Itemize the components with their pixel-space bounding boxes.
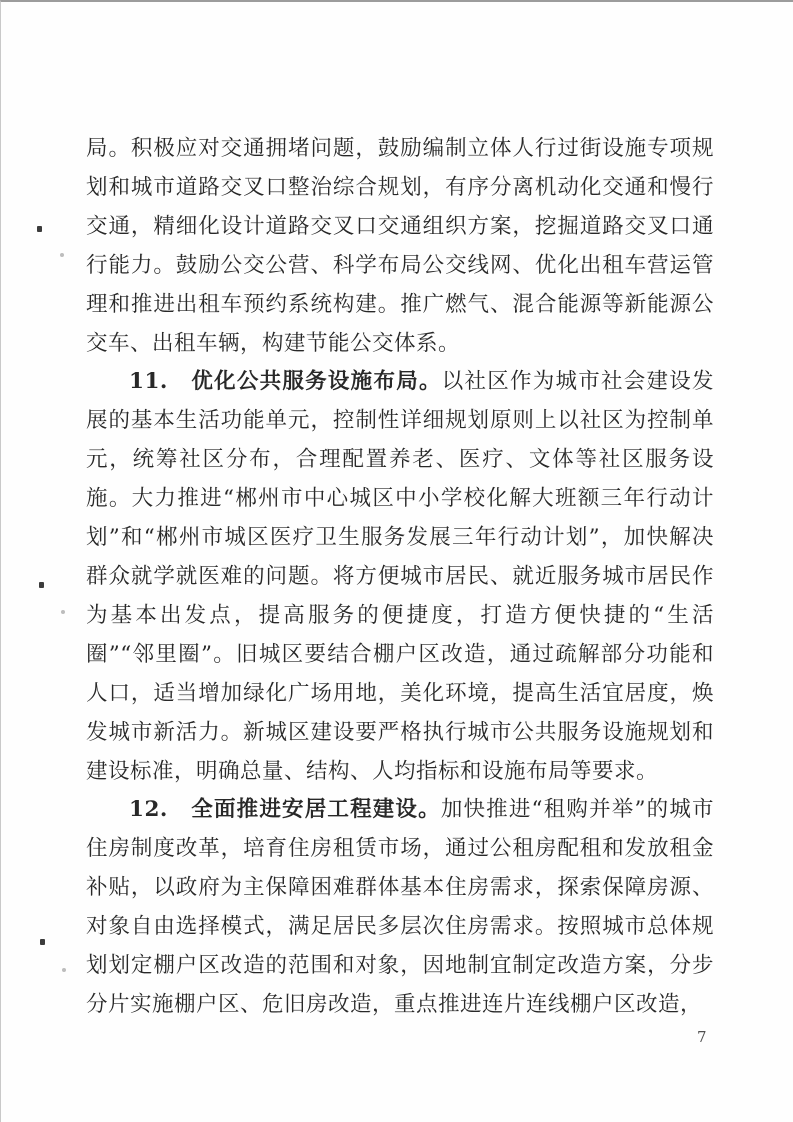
- paragraph-11: 11. 优化公共服务设施布局。以社区作为城市社会建设发展的基本生活功能单元，控制…: [86, 363, 714, 791]
- body-text: 局。积极应对交通拥堵问题，鼓励编制立体人行过街设施专项规划和城市道路交叉口整治综…: [86, 130, 714, 1025]
- paragraph-11-heading: 11. 优化公共服务设施布局。: [129, 369, 442, 394]
- paragraph-text: 加快推进“租购并举”的城市住房制度改革，培育住房租赁市场，通过公租房配租和发放租…: [86, 797, 714, 1017]
- scan-speck: [61, 610, 65, 614]
- paragraph-text: 局。积极应对交通拥堵问题，鼓励编制立体人行过街设施专项规划和城市道路交叉口整治综…: [86, 136, 714, 356]
- page-number: 7: [697, 1028, 707, 1046]
- scan-speck: [37, 226, 42, 232]
- paragraph-12-heading: 12. 全面推进安居工程建设。: [129, 797, 441, 822]
- scan-speck: [62, 968, 66, 972]
- scan-speck: [40, 939, 45, 945]
- document-page: 局。积极应对交通拥堵问题，鼓励编制立体人行过街设施专项规划和城市道路交叉口整治综…: [0, 0, 793, 1122]
- paragraph-12: 12. 全面推进安居工程建设。加快推进“租购并举”的城市住房制度改革，培育住房租…: [86, 791, 714, 1024]
- paragraph-text: 以社区作为城市社会建设发展的基本生活功能单元，控制性详细规划原则上以社区为控制单…: [86, 369, 714, 783]
- scan-speck: [60, 253, 64, 257]
- paragraph-continuation: 局。积极应对交通拥堵问题，鼓励编制立体人行过街设施专项规划和城市道路交叉口整治综…: [86, 130, 714, 363]
- scan-speck: [39, 582, 44, 588]
